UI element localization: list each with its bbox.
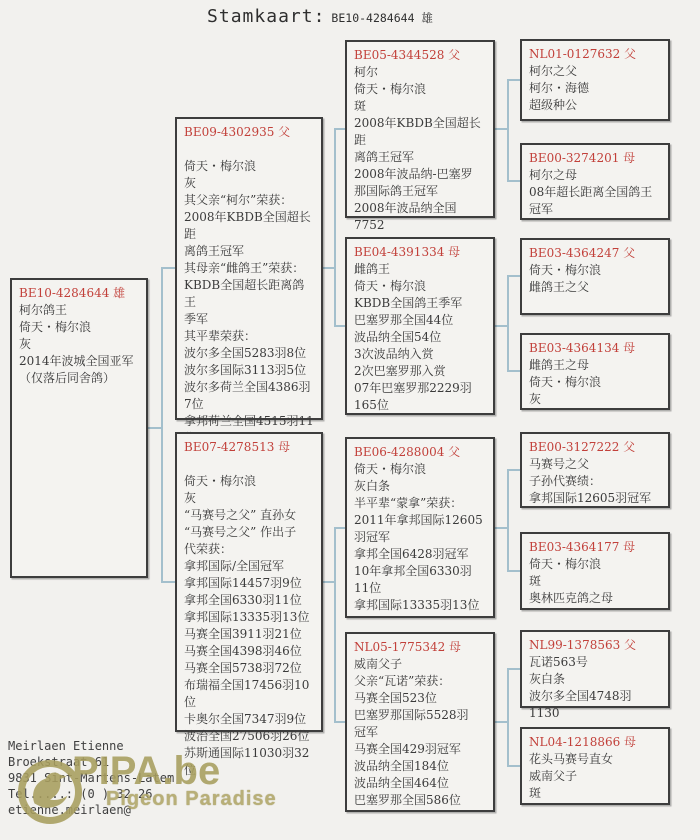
connector-line — [334, 325, 345, 327]
pedigree-box-greatgranddam-3: BE03-4364177 母 倚天・梅尔浪 斑 奥林匹克鸽之母 — [520, 532, 670, 610]
ring-number: NL04-1218866 母 — [529, 734, 661, 751]
ring-number: BE04-4391334 母 — [354, 244, 486, 261]
pedigree-notes: 瓦诺563号 灰白条 波尔多全国4748羽1130 — [529, 654, 661, 722]
connector-line — [507, 469, 509, 572]
connector-line — [334, 721, 345, 723]
connector-line — [507, 79, 509, 182]
ring-number: BE07-4278513 母 — [184, 439, 314, 456]
pedigree-box-greatgrandsire-3: BE00-3127222 父 马赛号之父 子孙代赛绩： 拿邦国际12605羽冠军 — [520, 432, 670, 508]
ring-number: BE06-4288004 父 — [354, 444, 486, 461]
pedigree-notes: 雌鸽王 倚天・梅尔浪 KBDB全国鸽王季军 巴塞罗那全国44位 波品纳全国54位… — [354, 261, 486, 414]
ring-number: NL99-1378563 父 — [529, 637, 661, 654]
pedigree-box-greatgrandsire-4: NL99-1378563 父 瓦诺563号 灰白条 波尔多全国4748羽1130 — [520, 630, 670, 708]
pedigree-box-greatgranddam-4: NL04-1218866 母 花头马赛号直女 威南父子 斑 — [520, 727, 670, 805]
connector-line — [507, 469, 520, 471]
pedigree-box-grandsire-maternal: BE06-4288004 父 倚天・梅尔浪 灰白条 半平辈“蒙拿”荣获： 201… — [345, 437, 495, 618]
pedigree-box-greatgranddam-1: BE00-3274201 母 柯尔之母 08年超长距离全国鸽王 冠军 — [520, 143, 670, 220]
connector-line — [507, 370, 520, 372]
connector-line — [507, 765, 520, 767]
pedigree-notes: 雌鸽王之母 倚天・梅尔浪 灰 — [529, 357, 661, 408]
connector-line — [334, 527, 345, 529]
pedigree-notes: 柯尔之父 柯尔・海德 超级种公 — [529, 63, 661, 114]
pedigree-box-greatgranddam-2: BE03-4364134 母 雌鸽王之母 倚天・梅尔浪 灰 — [520, 333, 670, 410]
connector-line — [323, 581, 334, 583]
pedigree-box-greatgrandsire-1: NL01-0127632 父 柯尔之父 柯尔・海德 超级种公 — [520, 39, 670, 121]
connector-line — [507, 79, 520, 81]
connector-line — [507, 275, 520, 277]
connector-line — [334, 527, 336, 723]
pedigree-notes: 花头马赛号直女 威南父子 斑 — [529, 751, 661, 802]
ring-number: NL01-0127632 父 — [529, 46, 661, 63]
pedigree-notes: 倚天・梅尔浪 灰白条 半平辈“蒙拿”荣获： 2011年拿邦国际12605 羽冠军… — [354, 461, 486, 614]
connector-line — [507, 570, 520, 572]
pedigree-notes: 倚天・梅尔浪 雌鸽王之父 — [529, 262, 661, 296]
page-title: Stamkaart:BE10-4284644 雄 — [0, 6, 640, 27]
ring-number: BE03-4364134 母 — [529, 340, 661, 357]
pedigree-notes: 马赛号之父 子孙代赛绩： 拿邦国际12605羽冠军 — [529, 456, 661, 507]
pedigree-box-granddam-maternal: NL05-1775342 母 威南父子 父亲“瓦诺”荣获： 马赛全国523位 巴… — [345, 632, 495, 812]
pedigree-box-granddam-paternal: BE04-4391334 母 雌鸽王 倚天・梅尔浪 KBDB全国鸽王季军 巴塞罗… — [345, 237, 495, 415]
title-ring-number: BE10-4284644 雄 — [331, 11, 433, 25]
connector-line — [507, 180, 520, 182]
connector-line — [507, 668, 520, 670]
ring-number: BE10-4284644 雄 — [19, 285, 139, 302]
ring-number: BE00-3274201 母 — [529, 150, 661, 167]
connector-line — [507, 668, 509, 767]
ring-number: BE00-3127222 父 — [529, 439, 661, 456]
pedigree-notes: 倚天・梅尔浪 灰 “马赛号之父” 直孙女 “马赛号之父” 作出子 代荣获： 拿邦… — [184, 456, 314, 779]
connector-line — [334, 128, 336, 327]
ring-number: BE05-4344528 父 — [354, 47, 486, 64]
ring-number: BE03-4364247 父 — [529, 245, 661, 262]
connector-line — [161, 581, 175, 583]
connector-line — [323, 267, 334, 269]
connector-line — [495, 721, 507, 723]
connector-line — [148, 427, 161, 429]
pedigree-box-father: BE09-4302935 父 倚天・梅尔浪 灰 其父亲“柯尔”荣获： 2008年… — [175, 117, 323, 420]
pedigree-notes: 倚天・梅尔浪 斑 奥林匹克鸽之母 — [529, 556, 661, 607]
pedigree-box-greatgrandsire-2: BE03-4364247 父 倚天・梅尔浪 雌鸽王之父 — [520, 238, 670, 315]
connector-line — [161, 267, 163, 583]
connector-line — [495, 325, 507, 327]
connector-line — [495, 527, 507, 529]
pedigree-notes: 威南父子 父亲“瓦诺”荣获： 马赛全国523位 巴塞罗那国际5528羽 冠军 马… — [354, 656, 486, 809]
pedigree-notes: 倚天・梅尔浪 灰 其父亲“柯尔”荣获： 2008年KBDB全国超长距 离鸽王冠军… — [184, 141, 314, 447]
pedigree-box-subject: BE10-4284644 雄 柯尔鸽王 倚天・梅尔浪 灰 2014年波城全国亚军… — [10, 278, 148, 578]
connector-line — [334, 128, 345, 130]
pedigree-notes: 柯尔鸽王 倚天・梅尔浪 灰 2014年波城全国亚军 （仅落后同舍鸽） — [19, 302, 139, 387]
pedigree-notes: 柯尔 倚天・梅尔浪 斑 2008年KBDB全国超长距 离鸽王冠军 2008年波品… — [354, 64, 486, 234]
ring-number: NL05-1775342 母 — [354, 639, 486, 656]
stamkaart-label: Stamkaart: — [207, 6, 325, 27]
pedigree-card: Stamkaart:BE10-4284644 雄 BE10-4284644 雄 … — [0, 0, 700, 840]
pedigree-box-grandsire-paternal: BE05-4344528 父 柯尔 倚天・梅尔浪 斑 2008年KBDB全国超长… — [345, 40, 495, 218]
connector-line — [161, 267, 175, 269]
connector-line — [507, 275, 509, 372]
ring-number: BE09-4302935 父 — [184, 124, 314, 141]
pedigree-notes: 柯尔之母 08年超长距离全国鸽王 冠军 — [529, 167, 661, 218]
breeder-contact: Meirlaen Etienne Broekstraat 61 9831 Sin… — [8, 738, 174, 818]
ring-number: BE03-4364177 母 — [529, 539, 661, 556]
pedigree-box-mother: BE07-4278513 母 倚天・梅尔浪 灰 “马赛号之父” 直孙女 “马赛号… — [175, 432, 323, 732]
connector-line — [495, 128, 507, 130]
